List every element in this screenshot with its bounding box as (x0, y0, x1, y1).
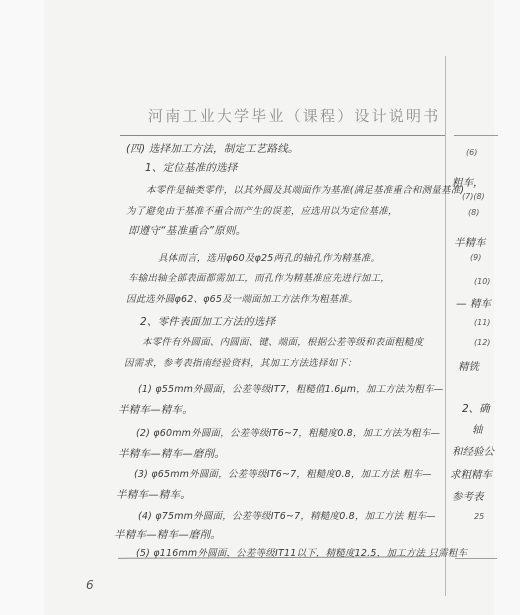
scan-border-left (0, 0, 44, 615)
header-rule (120, 135, 446, 136)
margin-divider-line (445, 56, 446, 596)
list-item-2-cont: 半精车—精车—磨削。 (118, 446, 225, 461)
page-number: 6 (86, 578, 94, 592)
list-item-3: (3) φ65mm外圆面，公差等级IT6~7，粗糙度0.8，加工方法 粗车— (134, 466, 432, 480)
margin-note: (6) (466, 148, 477, 157)
margin-note: 求粗精车 (450, 467, 492, 482)
body-line: 本零件是轴类零件，以其外圆及其端面作为基准(满足基准重合和测量基准) (146, 182, 464, 196)
document-page (44, 0, 494, 615)
document-header-title: 河南工业大学毕业（课程）设计说明书 (148, 105, 438, 126)
margin-note: 半精车 (454, 235, 486, 250)
margin-note: — 精车 (456, 296, 491, 311)
margin-note: (8) (468, 208, 479, 217)
margin-note: 2、确 (462, 401, 490, 416)
list-item-1-cont: 半精车—精车。 (118, 402, 193, 417)
list-item-1: (1) φ55mm外圆面，公差等级IT7，粗糙值1.6μm，加工方法为粗车— (138, 381, 444, 395)
list-item-4: (4) φ75mm外圆面，公差等级IT6~7，精糙度0.8，加工方法 粗车— (138, 508, 436, 522)
margin-note: 轴 (472, 422, 483, 437)
margin-note: 参考表 (452, 489, 484, 504)
body-line: 本零件有外圆面、内圆面、键、端面，根据公差等级和表面粗糙度 (142, 334, 423, 348)
margin-note: (10) (474, 277, 490, 286)
margin-note: 和经验公 (452, 444, 494, 459)
margin-note: (9) (470, 253, 481, 262)
subsection-heading-surface-method: 2、零件表面加工方法的选择 (140, 314, 275, 329)
header-rule-margin (454, 135, 498, 136)
margin-note: (7)(8) (462, 192, 485, 201)
margin-note: 粗车， (452, 175, 484, 190)
margin-note: 25 (474, 512, 484, 521)
body-line: 因需求，参考表指南经验资料，其加工方法选择如下： (124, 355, 357, 369)
section-heading-process-route: (四) 选择加工方法，制定工艺路线。 (126, 141, 299, 156)
margin-note: 精铣 (458, 359, 479, 374)
list-item-3-cont: 半精车—精车。 (116, 487, 191, 502)
body-line: 为了避免由于基准不重合而产生的误差，应选用以为定位基准， (126, 203, 398, 217)
footer-rule-margin (455, 558, 497, 559)
body-line: 具体而言，选用φ60及φ25两孔的轴孔作为精基准。 (158, 250, 380, 264)
list-item-4-cont: 半精车—精车—磨削。 (114, 527, 221, 542)
subsection-heading-datum-selection: 1、定位基准的选择 (145, 160, 237, 175)
scan-border-right (494, 0, 520, 615)
body-line: 即遵守“基准重合”原则。 (128, 223, 246, 238)
margin-note: (11) (474, 318, 490, 327)
list-item-2: (2) φ60mm外圆面，公差等级IT6~7，粗糙度0.8，加工方法为粗车— (136, 425, 440, 439)
margin-note: (12) (474, 338, 490, 347)
body-line: 车输出轴全部表面都需加工，而孔作为精基准应先进行加工， (128, 270, 390, 284)
body-line: 因此选外圆φ62、φ65及一端面加工方法作为粗基准。 (126, 291, 358, 305)
